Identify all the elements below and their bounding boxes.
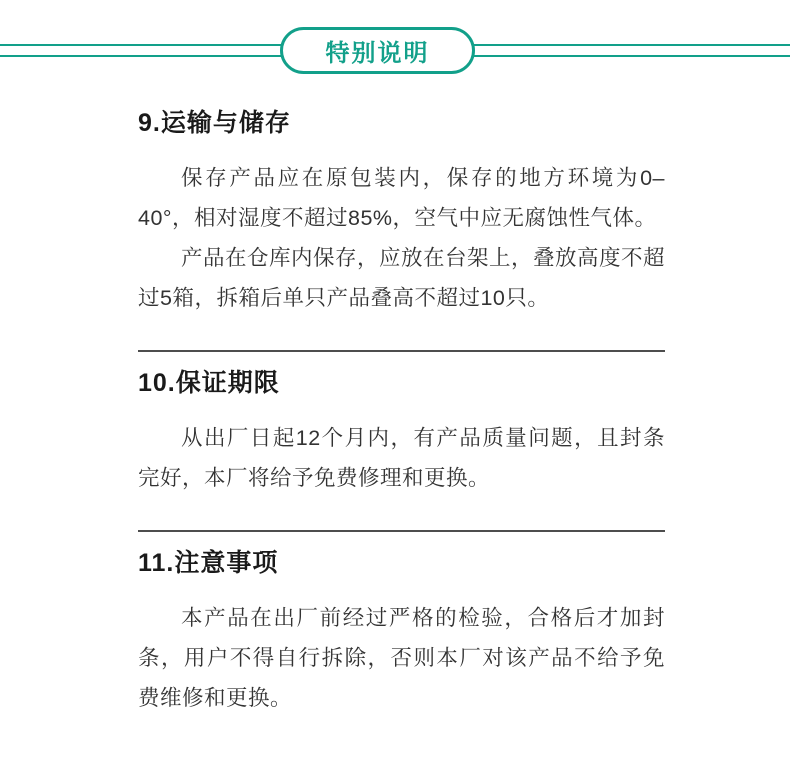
section-divider-2 [138, 530, 665, 532]
section-heading-transport-storage: 9.运输与储存 [138, 108, 665, 138]
section-divider-1 [138, 350, 665, 352]
section-heading-precautions: 11.注意事项 [138, 548, 665, 578]
paragraph-warehouse-stacking: 产品在仓库内保存，应放在台架上，叠放高度不超过5箱，拆箱后单只产品叠高不超过10… [138, 238, 665, 318]
paragraph-storage-environment: 保存产品应在原包装内，保存的地方环境为0–40°，相对湿度不超过85%，空气中应… [138, 158, 665, 238]
manual-page: 特别说明 9.运输与储存 保存产品应在原包装内，保存的地方环境为0–40°，相对… [0, 0, 790, 781]
document-content: 9.运输与储存 保存产品应在原包装内，保存的地方环境为0–40°，相对湿度不超过… [138, 0, 665, 718]
section-precautions: 11.注意事项 本产品在出厂前经过严格的检验，合格后才加封条，用户不得自行拆除，… [138, 548, 665, 718]
section-warranty-period: 10.保证期限 从出厂日起12个月内，有产品质量问题，且封条完好，本厂将给予免费… [138, 368, 665, 498]
section-transport-storage: 9.运输与储存 保存产品应在原包装内，保存的地方环境为0–40°，相对湿度不超过… [138, 108, 665, 318]
paragraph-warranty-terms: 从出厂日起12个月内，有产品质量问题，且封条完好，本厂将给予免费修理和更换。 [138, 418, 665, 498]
section-heading-warranty-period: 10.保证期限 [138, 368, 665, 398]
paragraph-seal-warning: 本产品在出厂前经过严格的检验，合格后才加封条，用户不得自行拆除，否则本厂对该产品… [138, 598, 665, 718]
